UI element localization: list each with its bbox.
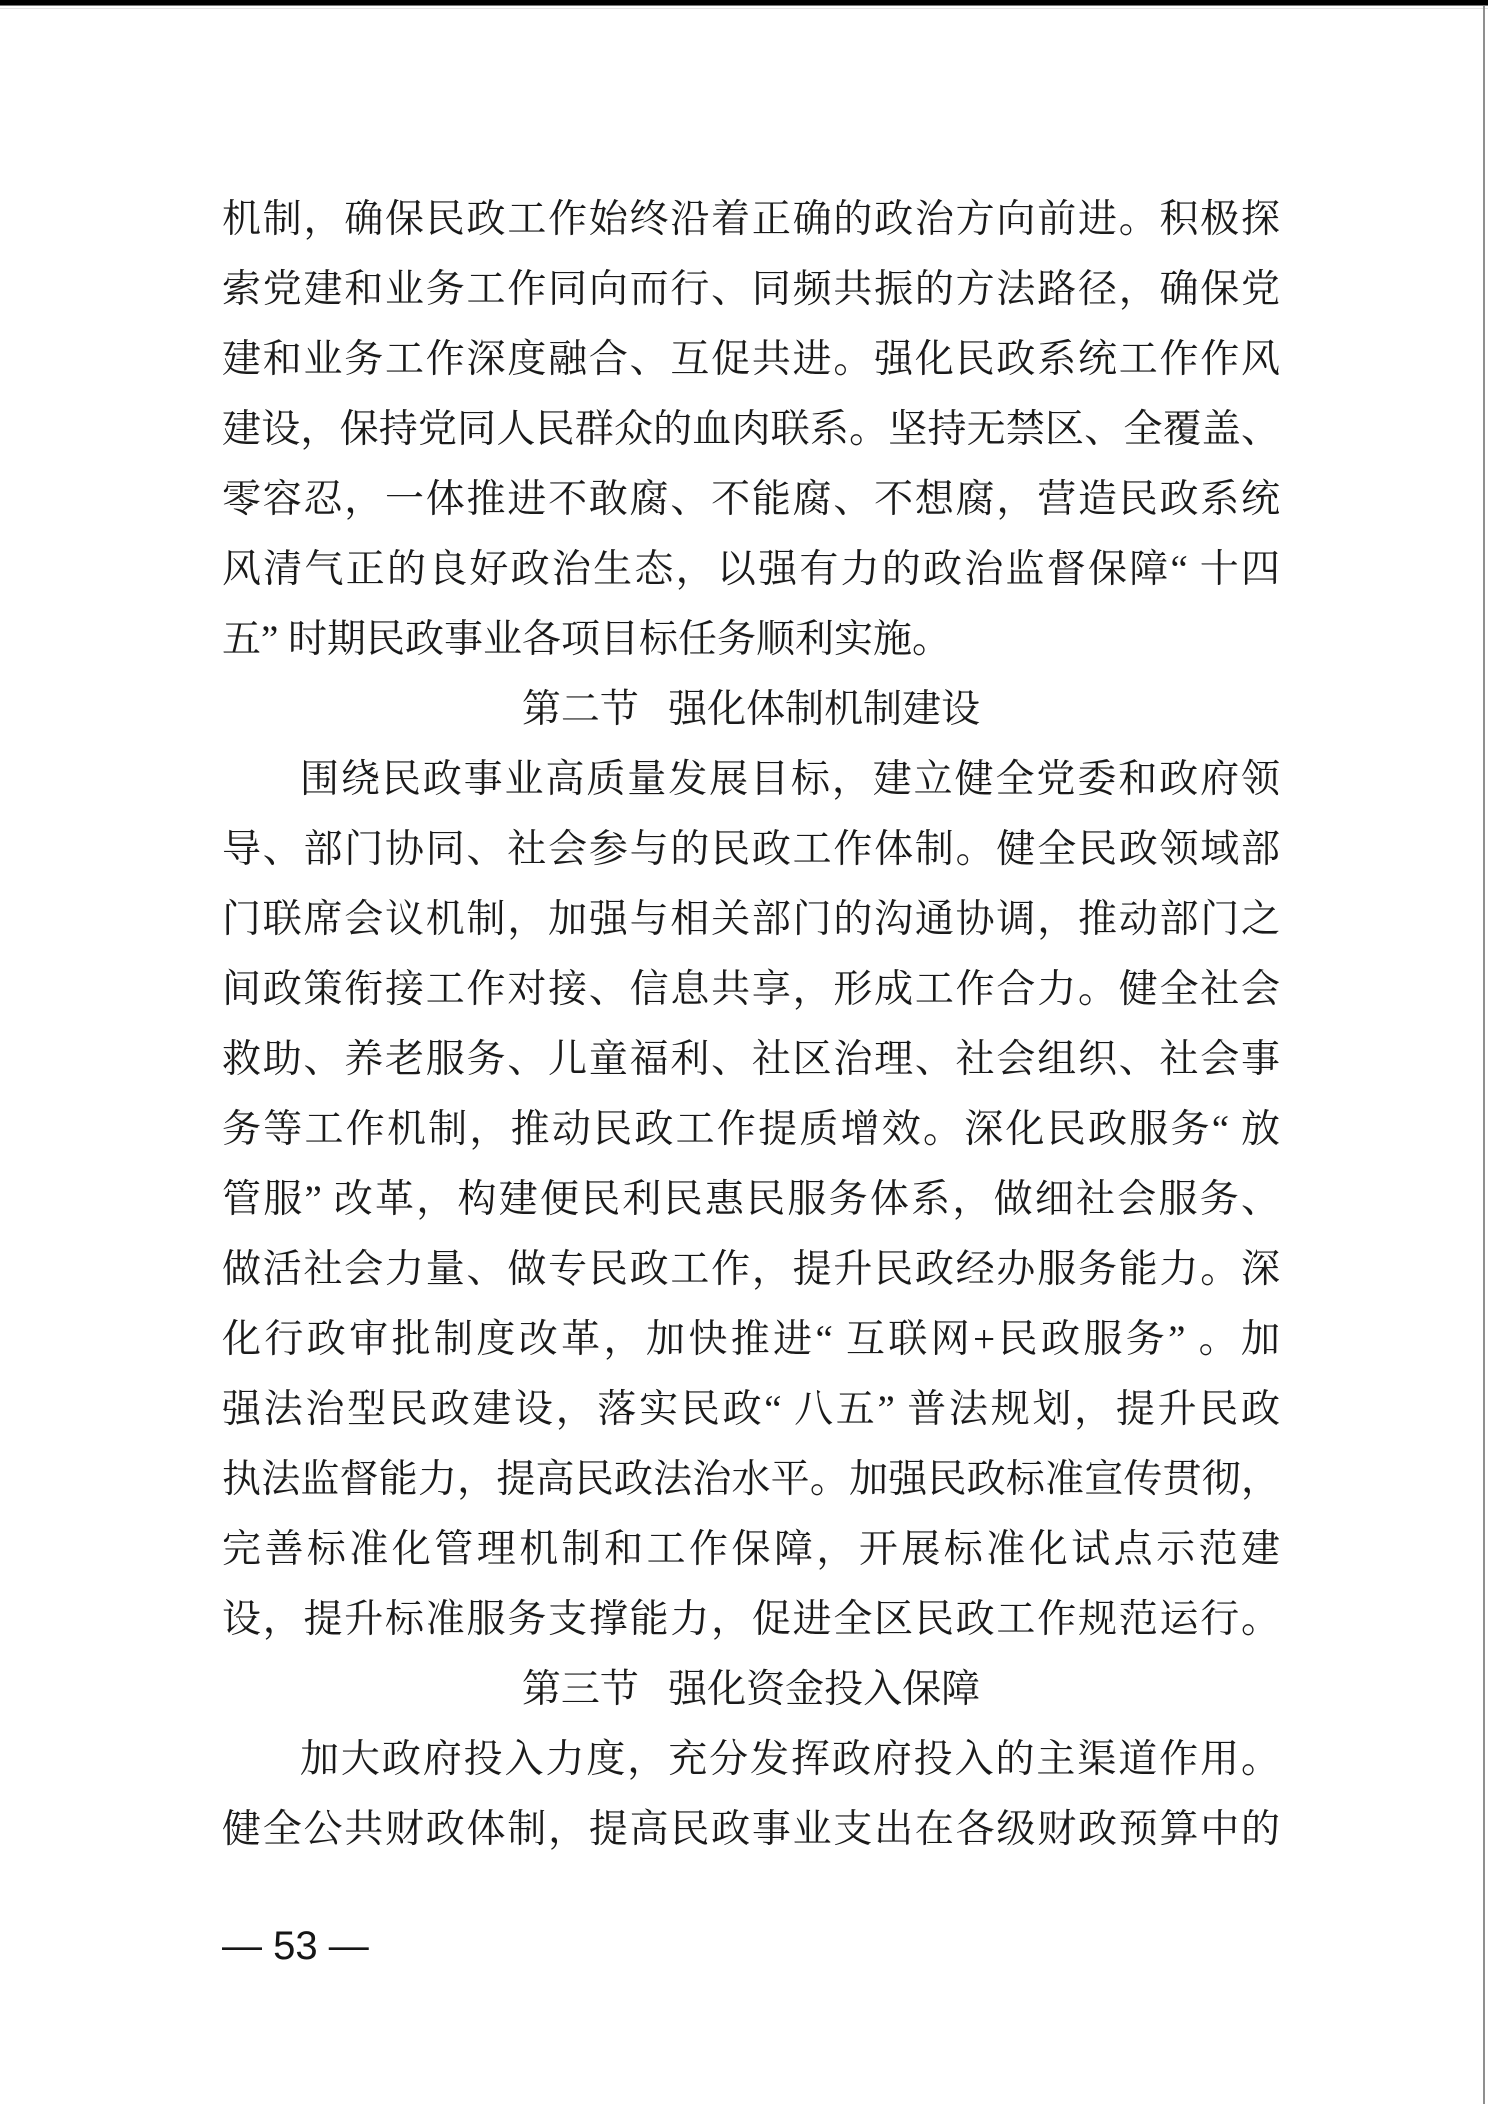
body-line: 管服” 改革，构建便民利民惠民服务体系，做细社会服务、 (222, 1165, 1280, 1235)
body-line: 完善标准化管理机制和工作保障，开展标准化试点示范建 (222, 1515, 1280, 1585)
body-line: 做活社会力量、做专民政工作，提升民政经办服务能力。深 (222, 1235, 1280, 1305)
body-line: 健全公共财政体制，提高民政事业支出在各级财政预算中的 (222, 1795, 1280, 1865)
body-line: 门联席会议机制，加强与相关部门的沟通协调，推动部门之 (222, 885, 1280, 955)
body-line: 间政策衔接工作对接、信息共享，形成工作合力。健全社会 (222, 955, 1280, 1025)
section-heading: 第三节 强化资金投入保障 (222, 1655, 1280, 1725)
body-line: 设，提升标准服务支撑能力，促进全区民政工作规范运行。 (222, 1585, 1280, 1655)
body-line: 机制，确保民政工作始终沿着正确的政治方向前进。积极探 (222, 185, 1280, 255)
scan-top-border (0, 0, 1488, 6)
body-line: 建和业务工作深度融合、互促共进。强化民政系统工作作风 (222, 325, 1280, 395)
body-line: 强法治型民政建设，落实民政“ 八五” 普法规划，提升民政 (222, 1375, 1280, 1445)
scan-right-edge-line (1483, 6, 1485, 2104)
body-line: 零容忍，一体推进不敢腐、不能腐、不想腐，营造民政系统 (222, 465, 1280, 535)
scan-top-faint-line (0, 8, 1488, 9)
body-line: 化行政审批制度改革，加快推进“ 互联网+民政服务” 。加 (222, 1305, 1280, 1375)
body-line: 建设，保持党同人民群众的血肉联系。坚持无禁区、全覆盖、 (222, 395, 1280, 465)
body-line: 索党建和业务工作同向而行、同频共振的方法路径，确保党 (222, 255, 1280, 325)
body-line: 执法监督能力，提高民政法治水平。加强民政标准宣传贯彻， (222, 1445, 1280, 1515)
section-heading: 第二节 强化体制机制建设 (222, 675, 1280, 745)
body-line: 救助、养老服务、儿童福利、社区治理、社会组织、社会事 (222, 1025, 1280, 1095)
body-line: 五” 时期民政事业各项目标任务顺利实施。 (222, 605, 1280, 675)
body-line: 加大政府投入力度，充分发挥政府投入的主渠道作用。 (222, 1725, 1280, 1795)
document-page: 机制，确保民政工作始终沿着正确的政治方向前进。积极探索党建和业务工作同向而行、同… (0, 0, 1488, 2104)
document-body: 机制，确保民政工作始终沿着正确的政治方向前进。积极探索党建和业务工作同向而行、同… (222, 185, 1280, 1865)
body-line: 务等工作机制，推动民政工作提质增效。深化民政服务“ 放 (222, 1095, 1280, 1165)
body-line: 风清气正的良好政治生态，以强有力的政治监督保障“ 十四 (222, 535, 1280, 605)
body-line: 导、部门协同、社会参与的民政工作体制。健全民政领域部 (222, 815, 1280, 885)
body-line: 围绕民政事业高质量发展目标，建立健全党委和政府领 (222, 745, 1280, 815)
page-number: — 53 — (222, 1922, 369, 1970)
